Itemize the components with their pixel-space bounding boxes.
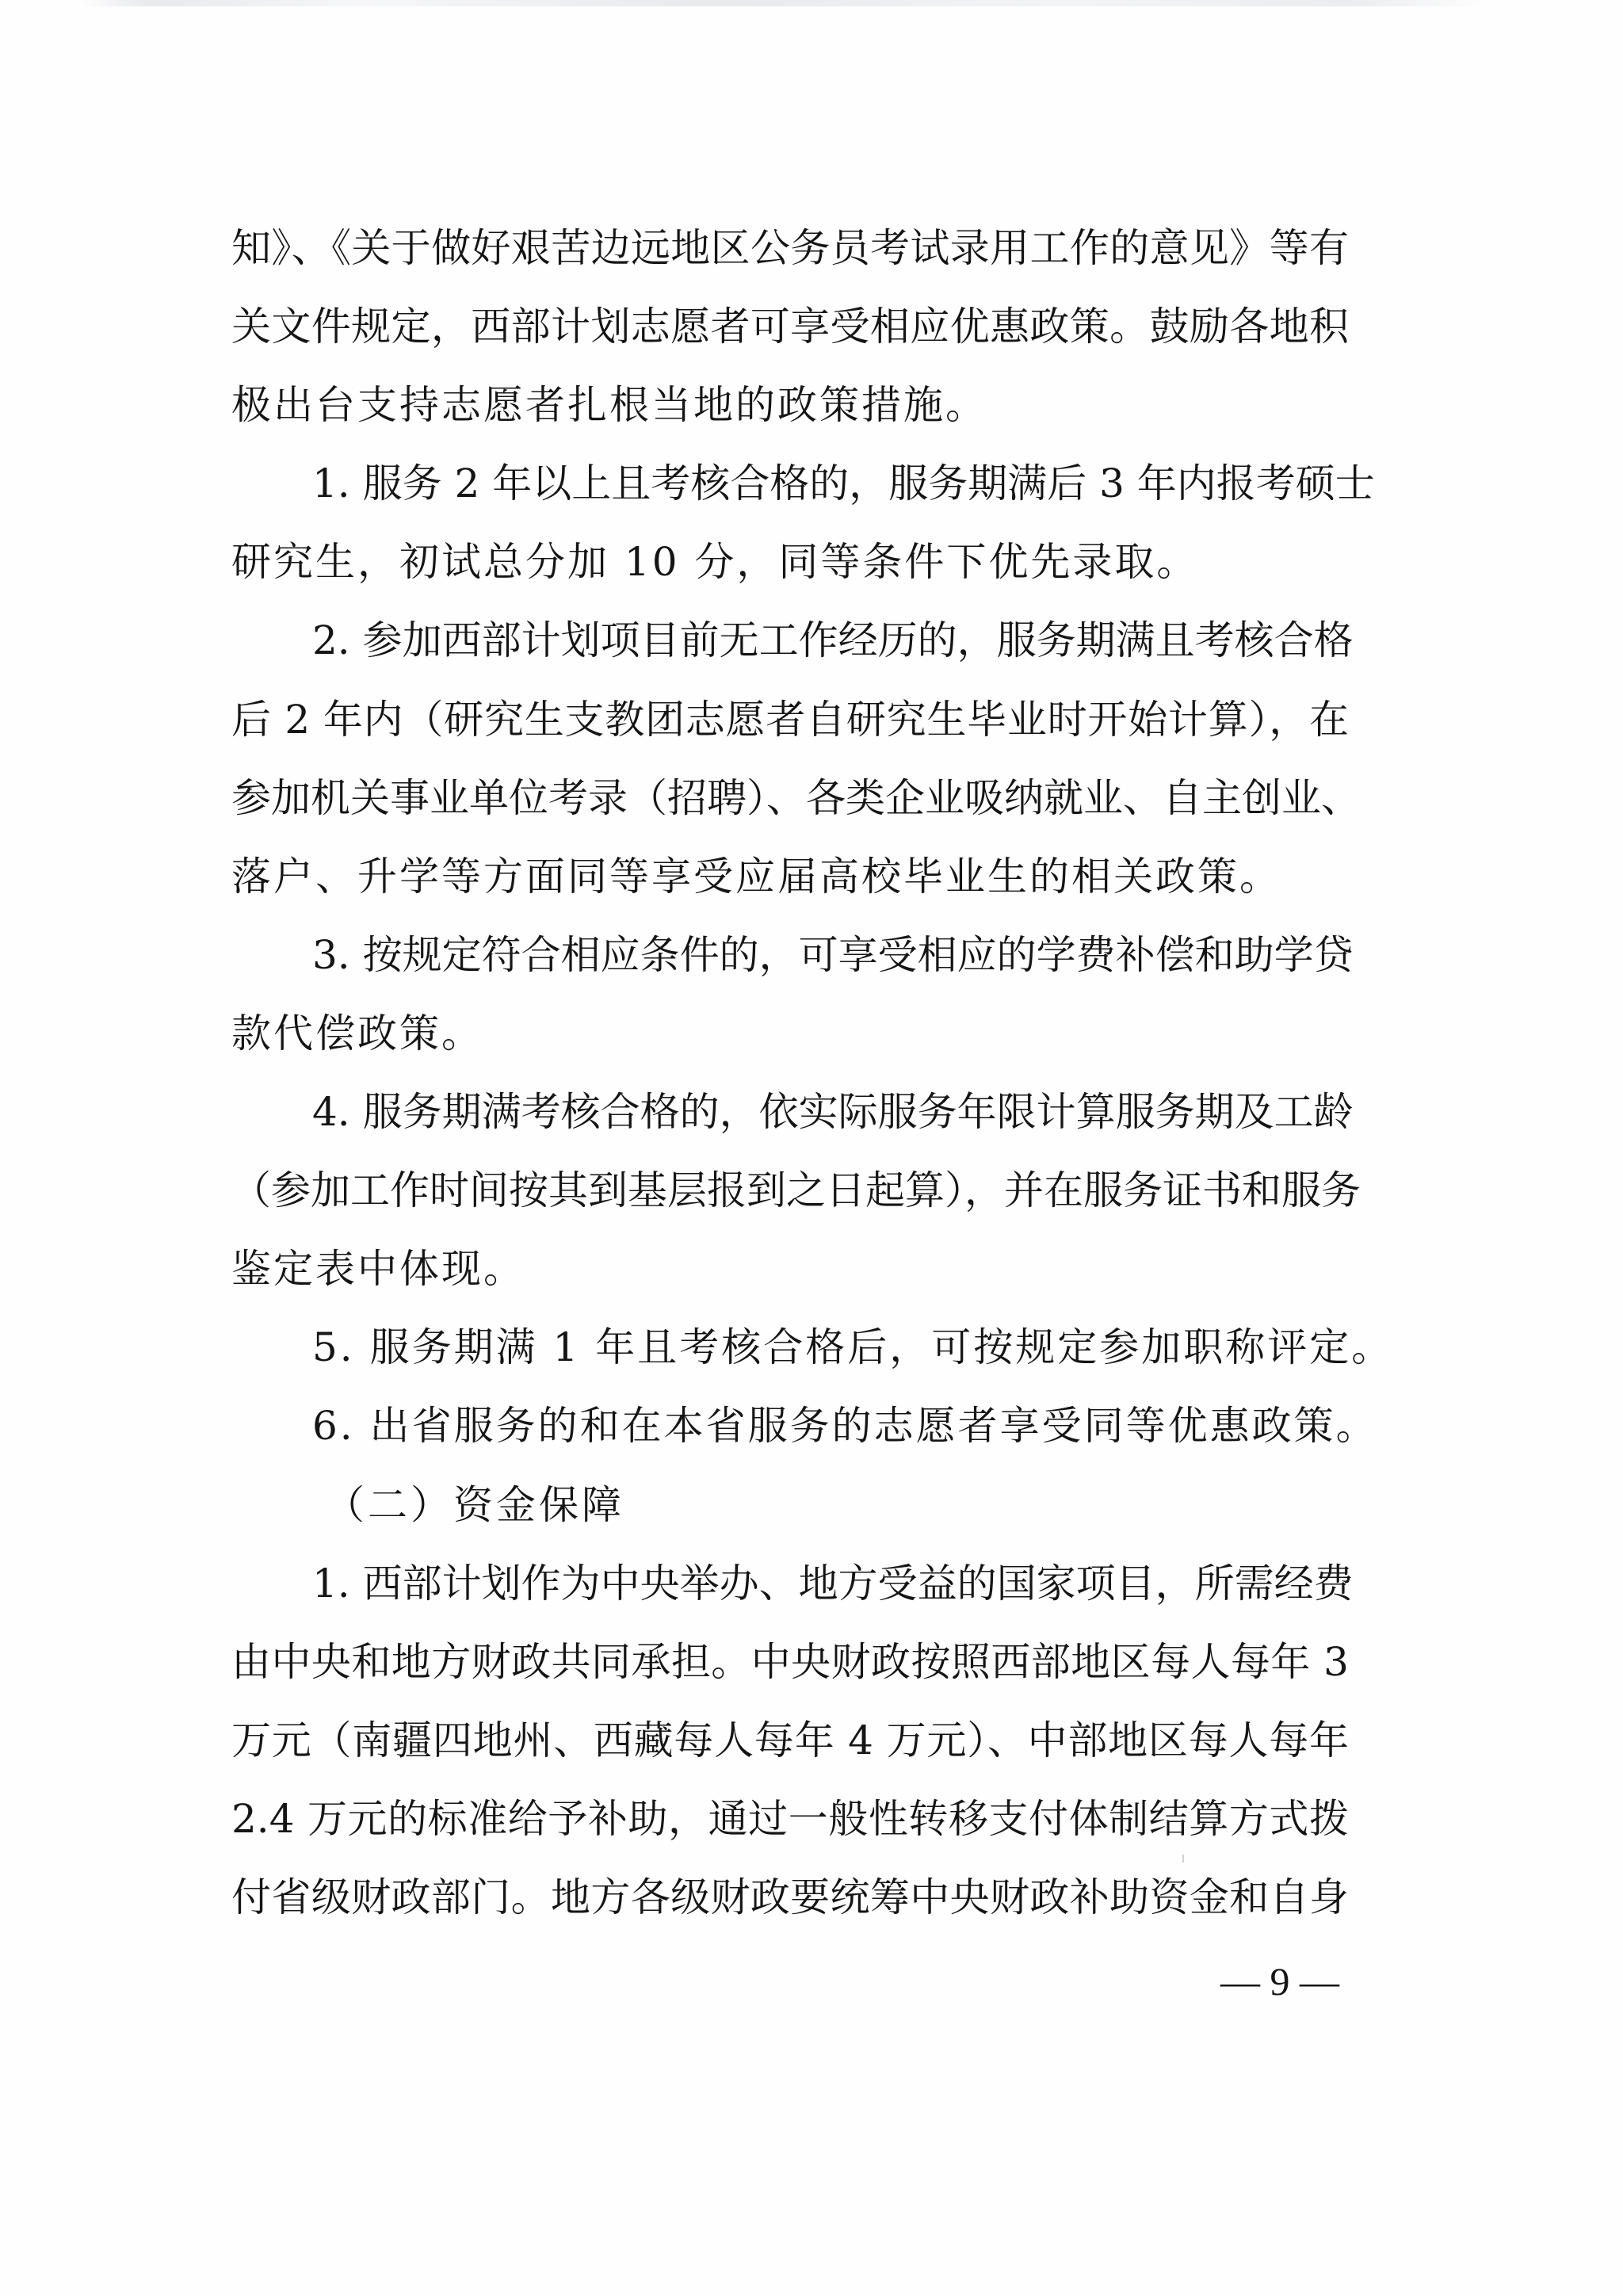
scan-speck (1182, 1855, 1184, 1862)
list-item-2-line-1: 2. 参加西部计划项目前无工作经历的，服务期满且考核合格 (231, 602, 1349, 680)
list-item-5: 5. 服务期满 1 年且考核合格后，可按规定参加职称评定。 (231, 1308, 1349, 1387)
list-item-3-line-2: 款代偿政策。 (231, 995, 1349, 1073)
body-line-2: 关文件规定，西部计划志愿者可享受相应优惠政策。鼓励各地积 (231, 288, 1349, 366)
funding-item-1-line-2: 由中央和地方财政共同承担。中央财政按照西部地区每人每年 3 (231, 1623, 1349, 1702)
list-item-4-line-2: （参加工作时间按其到基层报到之日起算），并在服务证书和服务 (231, 1152, 1349, 1230)
funding-item-1-line-4: 2.4 万元的标准给予补助，通过一般性转移支付体制结算方式拨 (231, 1780, 1349, 1859)
list-item-3-line-1: 3. 按规定符合相应条件的，可享受相应的学费补偿和助学贷 (231, 916, 1349, 995)
body-line-1: 知》、《关于做好艰苦边远地区公务员考试录用工作的意见》等有 (231, 209, 1349, 288)
funding-item-1-line-3: 万元（南疆四地州、西藏每人每年 4 万元）、中部地区每人每年 (231, 1702, 1349, 1780)
list-item-1-line-2: 研究生，初试总分加 10 分，同等条件下优先录取。 (231, 523, 1349, 602)
section-heading-funding: （二）资金保障 (231, 1466, 1349, 1545)
funding-item-1-line-5: 付省级财政部门。地方各级财政要统筹中央财政补助资金和自身 (231, 1859, 1349, 1937)
page-number: — 9 — (1212, 1958, 1347, 2005)
funding-item-1-line-1: 1. 西部计划作为中央举办、地方受益的国家项目，所需经费 (231, 1545, 1349, 1623)
list-item-2-line-2: 后 2 年内（研究生支教团志愿者自研究生毕业时开始计算），在 (231, 681, 1349, 759)
list-item-1-line-1: 1. 服务 2 年以上且考核合格的，服务期满后 3 年内报考硕士 (231, 445, 1349, 523)
list-item-6: 6. 出省服务的和在本省服务的志愿者享受同等优惠政策。 (231, 1387, 1349, 1465)
list-item-4-line-1: 4. 服务期满考核合格的，依实际服务年限计算服务期及工龄 (231, 1073, 1349, 1152)
body-line-3: 极出台支持志愿者扎根当地的政策措施。 (231, 366, 1349, 445)
list-item-2-line-4: 落户、升学等方面同等享受应届高校毕业生的相关政策。 (231, 838, 1349, 916)
list-item-4-line-3: 鉴定表中体现。 (231, 1230, 1349, 1308)
list-item-2-line-3: 参加机关事业单位考录（招聘）、各类企业吸纳就业、自主创业、 (231, 759, 1349, 838)
document-body: 知》、《关于做好艰苦边远地区公务员考试录用工作的意见》等有 关文件规定，西部计划… (231, 209, 1349, 1937)
scan-edge-artifact (79, 0, 1490, 6)
